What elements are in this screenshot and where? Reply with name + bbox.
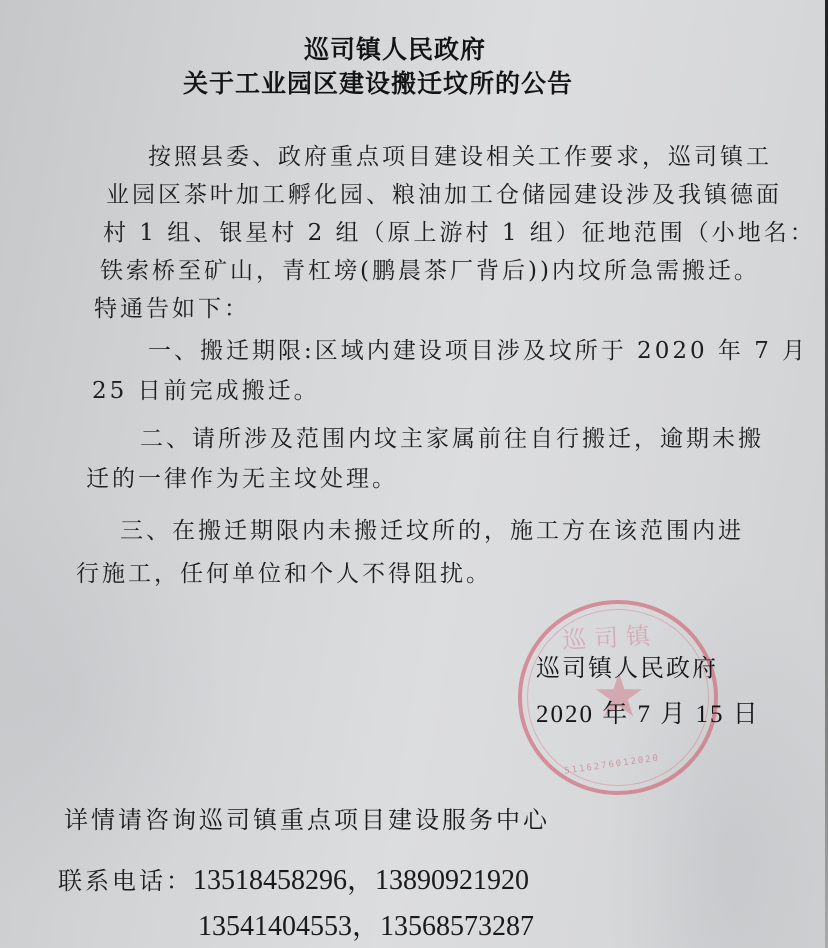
consult-info: 详情请咨询巡司镇重点项目建设服务中心 xyxy=(64,800,550,835)
notice-title: 关于工业园区建设搬迁坟所的公告 xyxy=(183,64,573,100)
phone-numbers-2: 13541404553，13568573287 xyxy=(198,911,534,942)
clause-1-line-1: 一、搬迁期限:区域内建设项目涉及坟所于 2020 年 7 月 xyxy=(148,332,808,365)
signature-date: 2020 年 7 月 15 日 xyxy=(536,694,760,730)
clause-1-line-2: 25 日前完成搬迁。 xyxy=(92,372,320,405)
body-line-5: 特通告如下： xyxy=(94,290,250,323)
signature-issuer: 巡司镇人民政府 xyxy=(536,648,718,683)
clause-2-line-1: 二、请所涉及范围内坟主家属前往自行搬迁，逾期未搬 xyxy=(140,420,764,453)
phone-row-1: 联系电话：13518458296，13890921920 xyxy=(58,858,529,898)
phone-row-2: 13541404553，13568573287 xyxy=(198,904,534,944)
phone-numbers-1: 13518458296，13890921920 xyxy=(193,865,529,896)
body-line-3: 村 1 组、银星村 2 组（原上游村 1 组）征地范围（小地名： xyxy=(103,214,816,247)
clause-2-line-2: 迁的一律作为无主坟处理。 xyxy=(86,460,398,493)
body-line-4: 铁索桥至矿山，青杠塝(鹏晨茶厂背后))内坟所急需搬迁。 xyxy=(100,252,760,285)
clause-3-line-2: 行施工，任何单位和个人不得阻扰。 xyxy=(76,555,492,588)
body-line-1: 按照县委、政府重点项目建设相关工作要求，巡司镇工 xyxy=(148,138,772,171)
seal-serial: 5116276012020 xyxy=(564,753,661,776)
body-line-2: 业园区茶叶加工孵化园、粮油加工仓储园建设涉及我镇德面 xyxy=(106,176,782,209)
clause-3-line-1: 三、在搬迁期限内未搬迁坟所的，施工方在该范围内进 xyxy=(120,512,744,545)
phone-label: 联系电话： xyxy=(58,867,193,895)
issuer-title: 巡司镇人民政府 xyxy=(304,30,486,66)
